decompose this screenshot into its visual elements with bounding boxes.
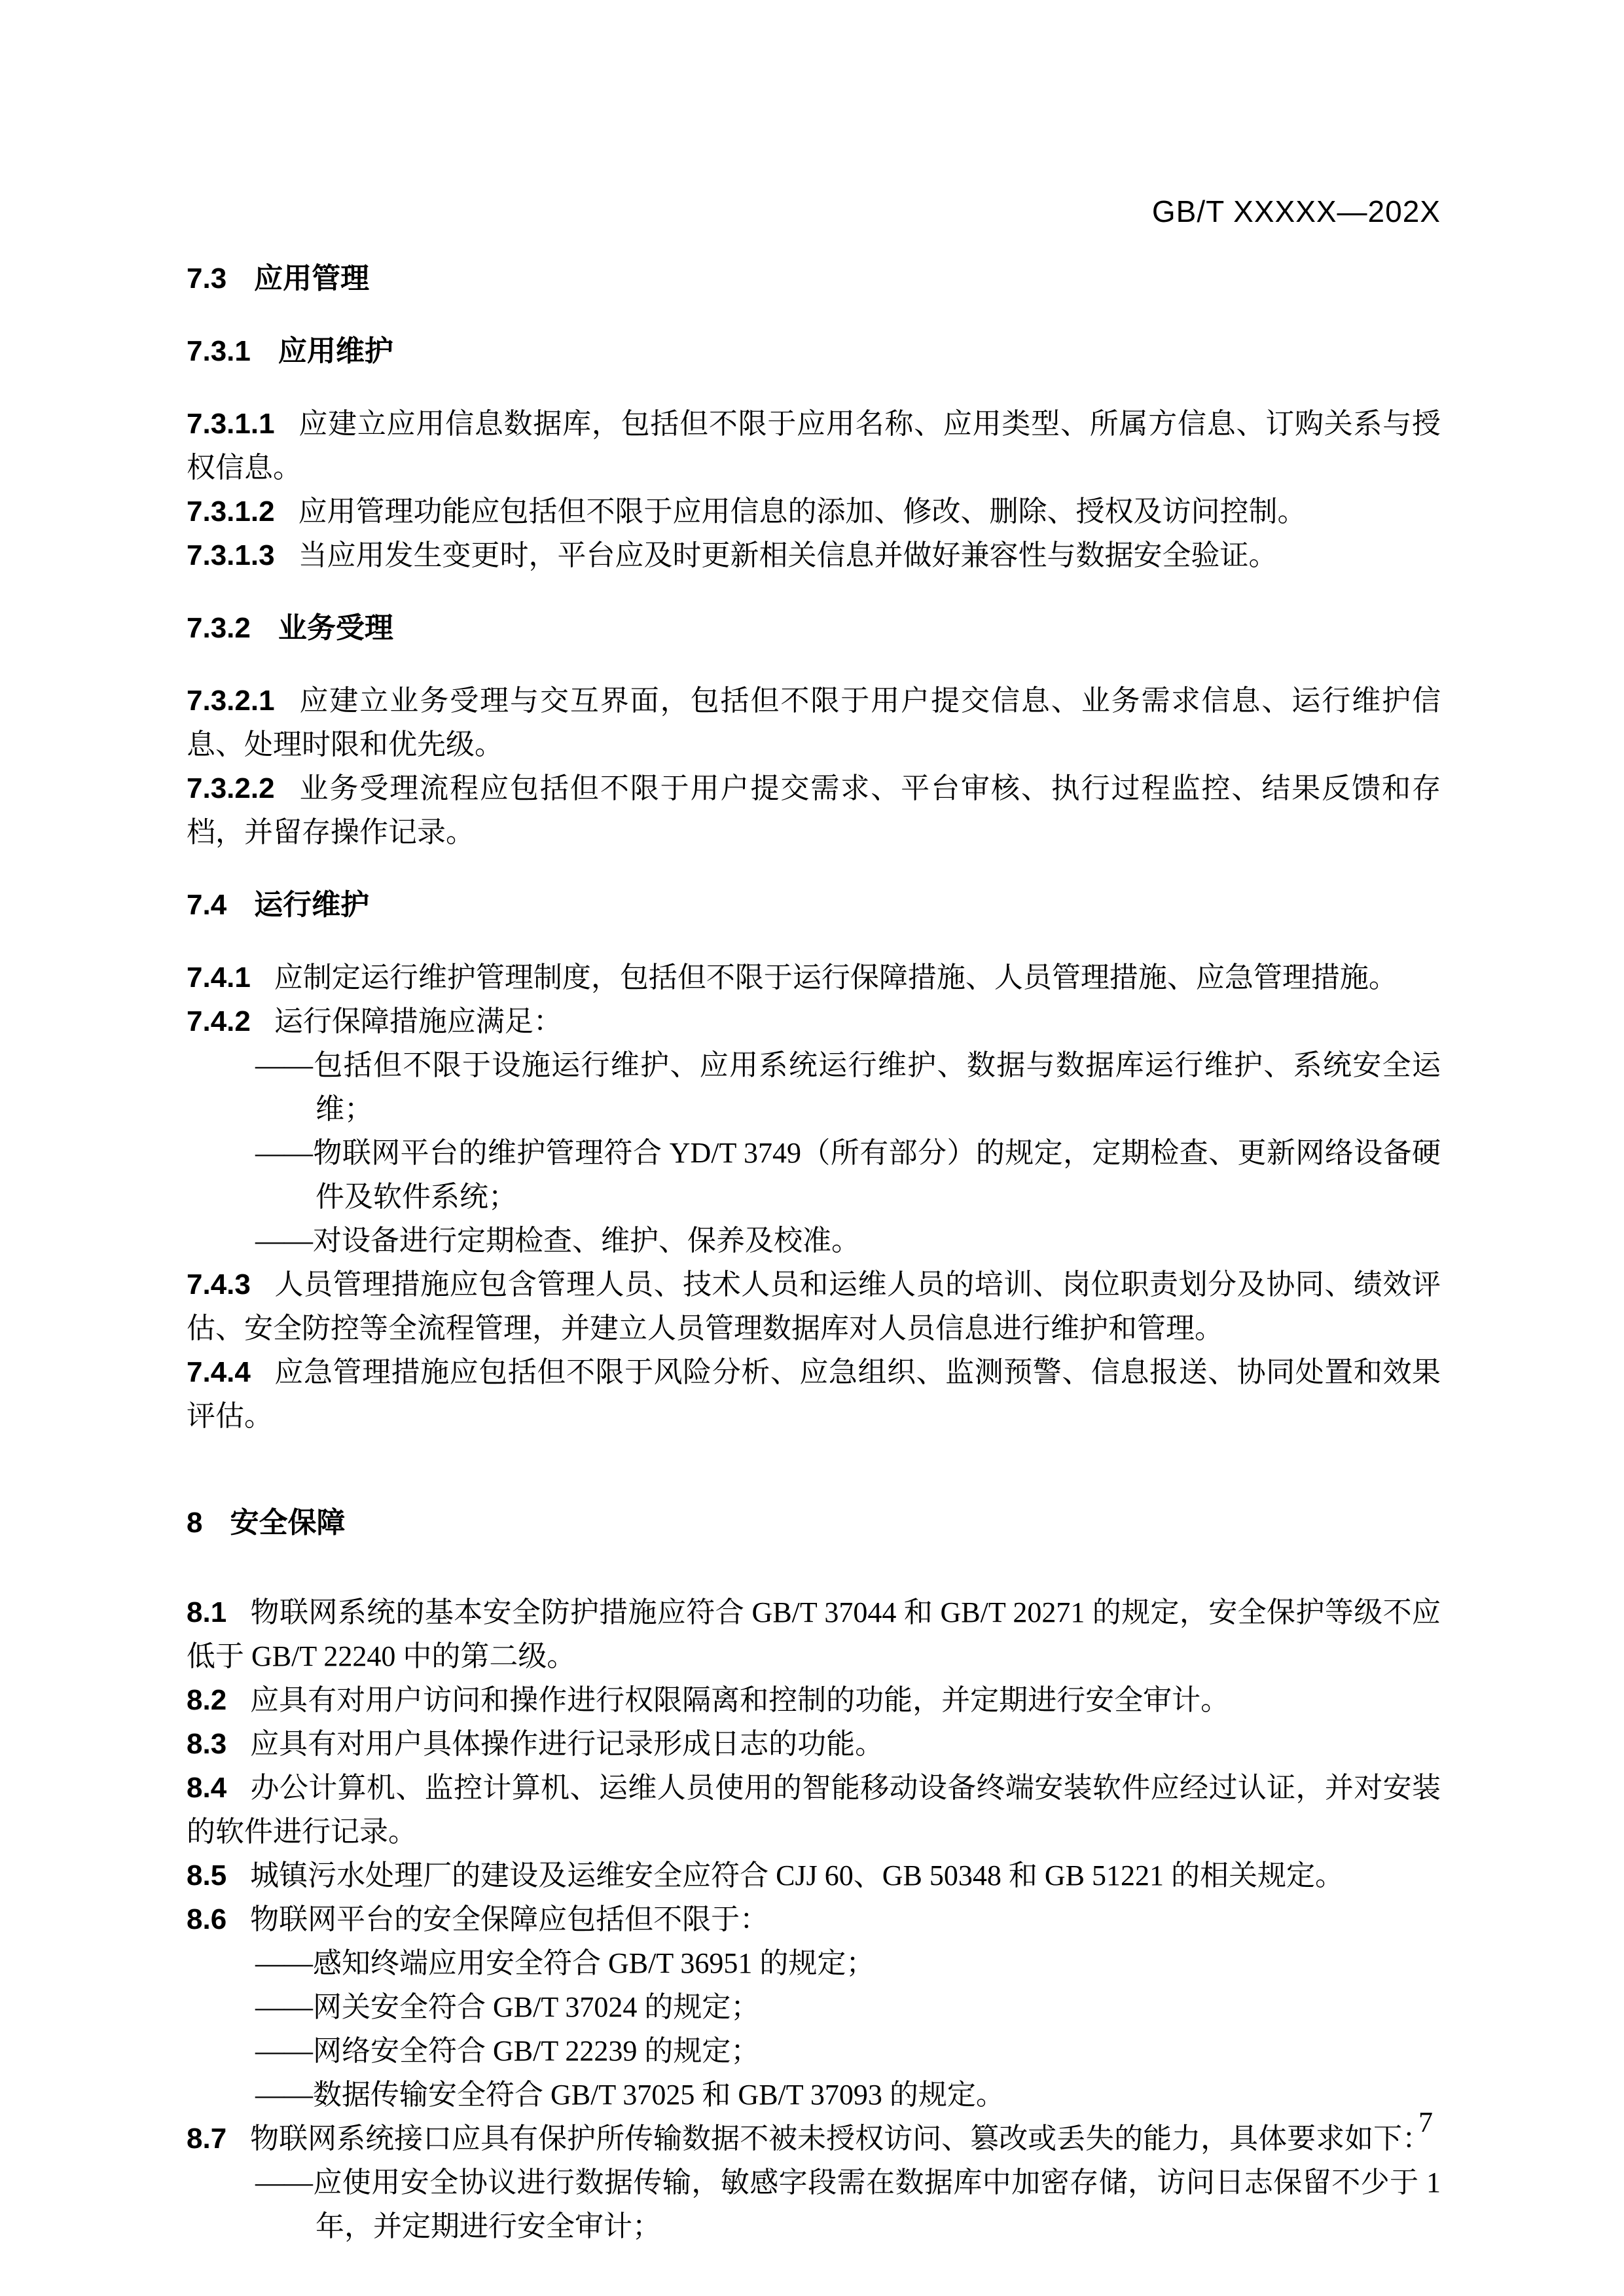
clause-text: 运行保障措施应满足： xyxy=(274,1005,562,1037)
clause-text: 物联网系统的基本安全防护措施应符合 GB/T 37044 和 GB/T 2027… xyxy=(187,1596,1441,1672)
clause-number: 8.2 xyxy=(187,1684,226,1716)
heading-title: 运行维护 xyxy=(254,889,369,921)
heading-title: 应用管理 xyxy=(254,262,369,295)
heading-number: 7.3 xyxy=(187,262,226,295)
document-page: GB/T XXXXX—202X 7.3应用管理 7.3.1应用维护 7.3.1.… xyxy=(0,0,1624,2296)
clause-7-4-3: 7.4.3人员管理措施应包含管理人员、技术人员和运维人员的培训、岗位职责划分及协… xyxy=(187,1263,1441,1350)
heading-number: 7.4 xyxy=(187,889,226,921)
clause-7-3-1-2: 7.3.1.2应用管理功能应包括但不限于应用信息的添加、修改、删除、授权及访问控… xyxy=(187,490,1441,533)
clause-number: 8.1 xyxy=(187,1596,226,1628)
clause-text: 物联网平台的安全保障应包括但不限于： xyxy=(250,1903,768,1935)
clause-number: 7.3.1.2 xyxy=(187,495,275,528)
clause-number: 7.4.2 xyxy=(187,1005,251,1037)
clause-number: 7.3.2.1 xyxy=(187,685,275,717)
clause-text: 物联网系统接口应具有保护所传输数据不被未授权访问、篡改或丢失的能力，具体要求如下… xyxy=(250,2123,1431,2155)
clause-8-1: 8.1物联网系统的基本安全防护措施应符合 GB/T 37044 和 GB/T 2… xyxy=(187,1590,1441,1678)
clause-number: 7.3.1.1 xyxy=(187,408,275,440)
clause-text: 应建立业务受理与交互界面，包括但不限于用户提交信息、业务需求信息、运行维护信息、… xyxy=(187,685,1441,761)
clause-number: 7.3.2.2 xyxy=(187,772,275,804)
clause-7-3-1-1: 7.3.1.1应建立应用信息数据库，包括但不限于应用名称、应用类型、所属方信息、… xyxy=(187,402,1441,490)
clause-7-3-1-3: 7.3.1.3当应用发生变更时，平台应及时更新相关信息并做好兼容性与数据安全验证… xyxy=(187,533,1441,577)
clause-number: 8.5 xyxy=(187,1859,226,1892)
clause-8-2: 8.2应具有对用户访问和操作进行权限隔离和控制的功能，并定期进行安全审计。 xyxy=(187,1678,1441,1722)
chapter-heading-8: 8安全保障 xyxy=(187,1501,1441,1545)
section-heading-7-3-1: 7.3.1应用维护 xyxy=(187,329,1441,373)
heading-number: 8 xyxy=(187,1507,202,1539)
clause-number: 7.4.4 xyxy=(187,1356,251,1388)
clause-text: 当应用发生变更时，平台应及时更新相关信息并做好兼容性与数据安全验证。 xyxy=(298,539,1278,571)
clause-8-6: 8.6物联网平台的安全保障应包括但不限于： xyxy=(187,1897,1441,1941)
document-content: GB/T XXXXX—202X 7.3应用管理 7.3.1应用维护 7.3.1.… xyxy=(187,195,1441,2248)
clause-7-3-2-1: 7.3.2.1应建立业务受理与交互界面，包括但不限于用户提交信息、业务需求信息、… xyxy=(187,679,1441,766)
heading-number: 7.3.2 xyxy=(187,612,251,644)
heading-title: 安全保障 xyxy=(230,1507,345,1539)
clause-number: 8.6 xyxy=(187,1903,226,1935)
heading-title: 业务受理 xyxy=(278,612,393,644)
section-heading-7-3: 7.3应用管理 xyxy=(187,257,1441,300)
clause-number: 7.4.1 xyxy=(187,961,251,994)
clause-7-4-1: 7.4.1应制定运行维护管理制度，包括但不限于运行保障措施、人员管理措施、应急管… xyxy=(187,956,1441,999)
clause-text: 城镇污水处理厂的建设及运维安全应符合 CJJ 60、GB 50348 和 GB … xyxy=(250,1859,1344,1892)
dash-item-terminal-security: ——感知终端应用安全符合 GB/T 36951 的规定； xyxy=(255,1941,1441,1985)
clause-8-5: 8.5城镇污水处理厂的建设及运维安全应符合 CJJ 60、GB 50348 和 … xyxy=(187,1854,1441,1897)
dash-item-gateway-security: ——网关安全符合 GB/T 37024 的规定； xyxy=(255,1985,1441,2029)
clause-text: 应建立应用信息数据库，包括但不限于应用名称、应用类型、所属方信息、订购关系与授权… xyxy=(187,408,1441,484)
page-number: 7 xyxy=(1418,2106,1433,2139)
dash-item-platform-maintenance: ——物联网平台的维护管理符合 YD/T 3749（所有部分）的规定，定期检查、更… xyxy=(255,1131,1441,1219)
clause-8-7: 8.7物联网系统接口应具有保护所传输数据不被未授权访问、篡改或丢失的能力，具体要… xyxy=(187,2117,1441,2161)
clause-7-3-2-2: 7.3.2.2业务受理流程应包括但不限于用户提交需求、平台审核、执行过程监控、结… xyxy=(187,766,1441,854)
clause-number: 8.7 xyxy=(187,2123,226,2155)
clause-number: 8.3 xyxy=(187,1728,226,1760)
clause-7-4-2: 7.4.2运行保障措施应满足： xyxy=(187,999,1441,1043)
dash-item-secure-protocol: ——应使用安全协议进行数据传输，敏感字段需在数据库中加密存储，访问日志保留不少于… xyxy=(255,2161,1441,2248)
clause-text: 办公计算机、监控计算机、运维人员使用的智能移动设备终端安装软件应经过认证，并对安… xyxy=(187,1772,1441,1848)
clause-text: 应急管理措施应包括但不限于风险分析、应急组织、监测预警、信息报送、协同处置和效果… xyxy=(187,1356,1441,1432)
section-heading-7-4: 7.4运行维护 xyxy=(187,883,1441,927)
clause-text: 业务受理流程应包括但不限于用户提交需求、平台审核、执行过程监控、结果反馈和存档，… xyxy=(187,772,1441,848)
clause-text: 人员管理措施应包含管理人员、技术人员和运维人员的培训、岗位职责划分及协同、绩效评… xyxy=(187,1268,1441,1344)
clause-text: 应制定运行维护管理制度，包括但不限于运行保障措施、人员管理措施、应急管理措施。 xyxy=(274,961,1398,994)
clause-8-3: 8.3应具有对用户具体操作进行记录形成日志的功能。 xyxy=(187,1722,1441,1766)
clause-number: 7.3.1.3 xyxy=(187,539,275,571)
clause-text: 应具有对用户访问和操作进行权限隔离和控制的功能，并定期进行安全审计。 xyxy=(250,1684,1229,1716)
dash-item-facility-maintenance: ——包括但不限于设施运行维护、应用系统运行维护、数据与数据库运行维护、系统安全运… xyxy=(255,1043,1441,1131)
clause-number: 8.4 xyxy=(187,1772,226,1804)
heading-number: 7.3.1 xyxy=(187,335,251,367)
heading-title: 应用维护 xyxy=(278,335,393,367)
dash-item-network-security: ——网络安全符合 GB/T 22239 的规定； xyxy=(255,2029,1441,2073)
standard-number-header: GB/T XXXXX—202X xyxy=(187,195,1441,228)
clause-text: 应用管理功能应包括但不限于应用信息的添加、修改、删除、授权及访问控制。 xyxy=(298,495,1307,528)
clause-text: 应具有对用户具体操作进行记录形成日志的功能。 xyxy=(250,1728,884,1760)
section-heading-7-3-2: 7.3.2业务受理 xyxy=(187,606,1441,650)
clause-8-4: 8.4办公计算机、监控计算机、运维人员使用的智能移动设备终端安装软件应经过认证，… xyxy=(187,1766,1441,1854)
dash-item-equipment-inspection: ——对设备进行定期检查、维护、保养及校准。 xyxy=(255,1219,1441,1263)
clause-number: 7.4.3 xyxy=(187,1268,251,1300)
clause-7-4-4: 7.4.4应急管理措施应包括但不限于风险分析、应急组织、监测预警、信息报送、协同… xyxy=(187,1350,1441,1438)
dash-item-data-transfer-security: ——数据传输安全符合 GB/T 37025 和 GB/T 37093 的规定。 xyxy=(255,2073,1441,2117)
